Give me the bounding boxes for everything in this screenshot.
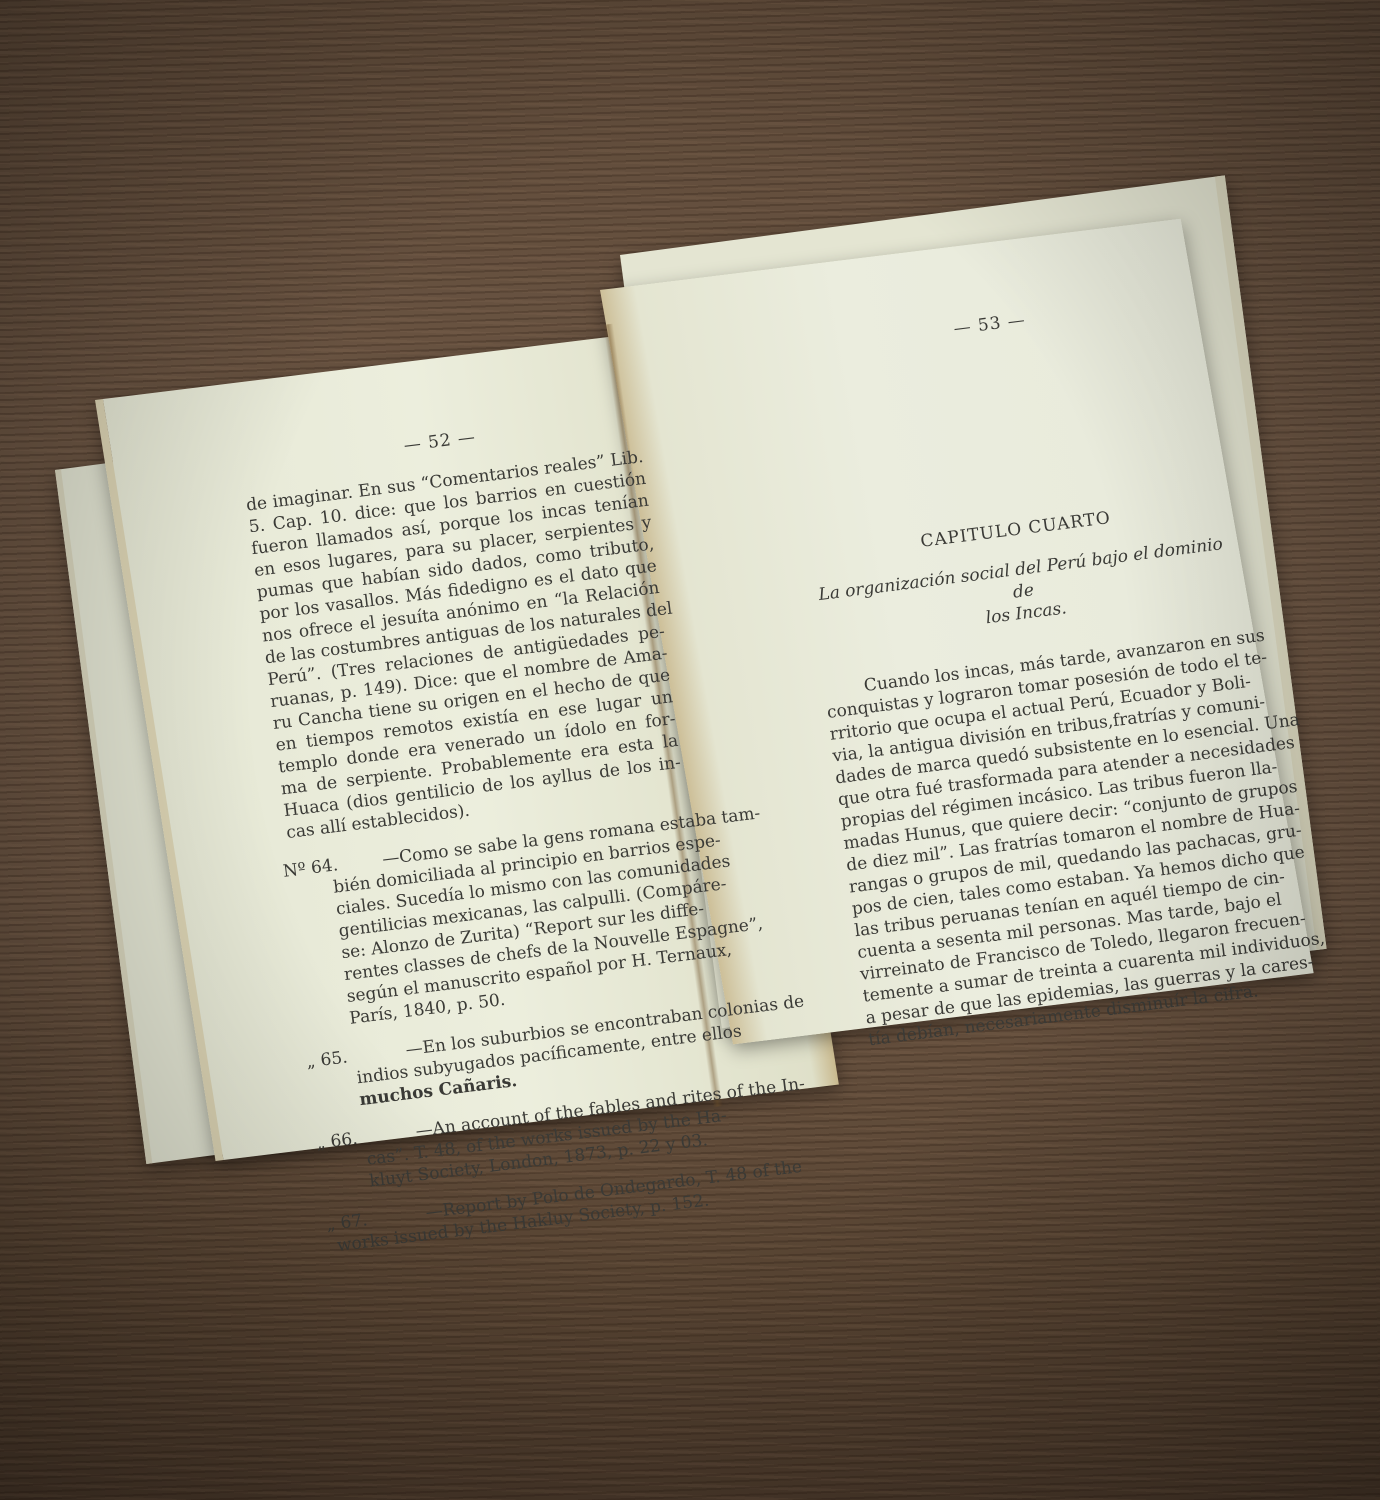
footnote-marker: „ 66.	[315, 1128, 359, 1155]
footnote-marker: Nº 64.	[282, 854, 340, 883]
footnote-64: Nº 64. —Como se sabe la gens romana esta…	[290, 811, 708, 1034]
footnote-marker: „ 65.	[305, 1046, 349, 1073]
open-book: — 52 — de imaginar. En sus “Comentarios …	[0, 0, 1380, 1500]
right-page-text: — 53 — CAPITULO CUARTO La organización s…	[780, 287, 1287, 1051]
left-continued-paragraph: de imaginar. En sus “Comentarios reales”…	[245, 446, 685, 844]
chapter-body-paragraph: Cuando los incas, más tarde, avanzaron e…	[823, 628, 1287, 1052]
